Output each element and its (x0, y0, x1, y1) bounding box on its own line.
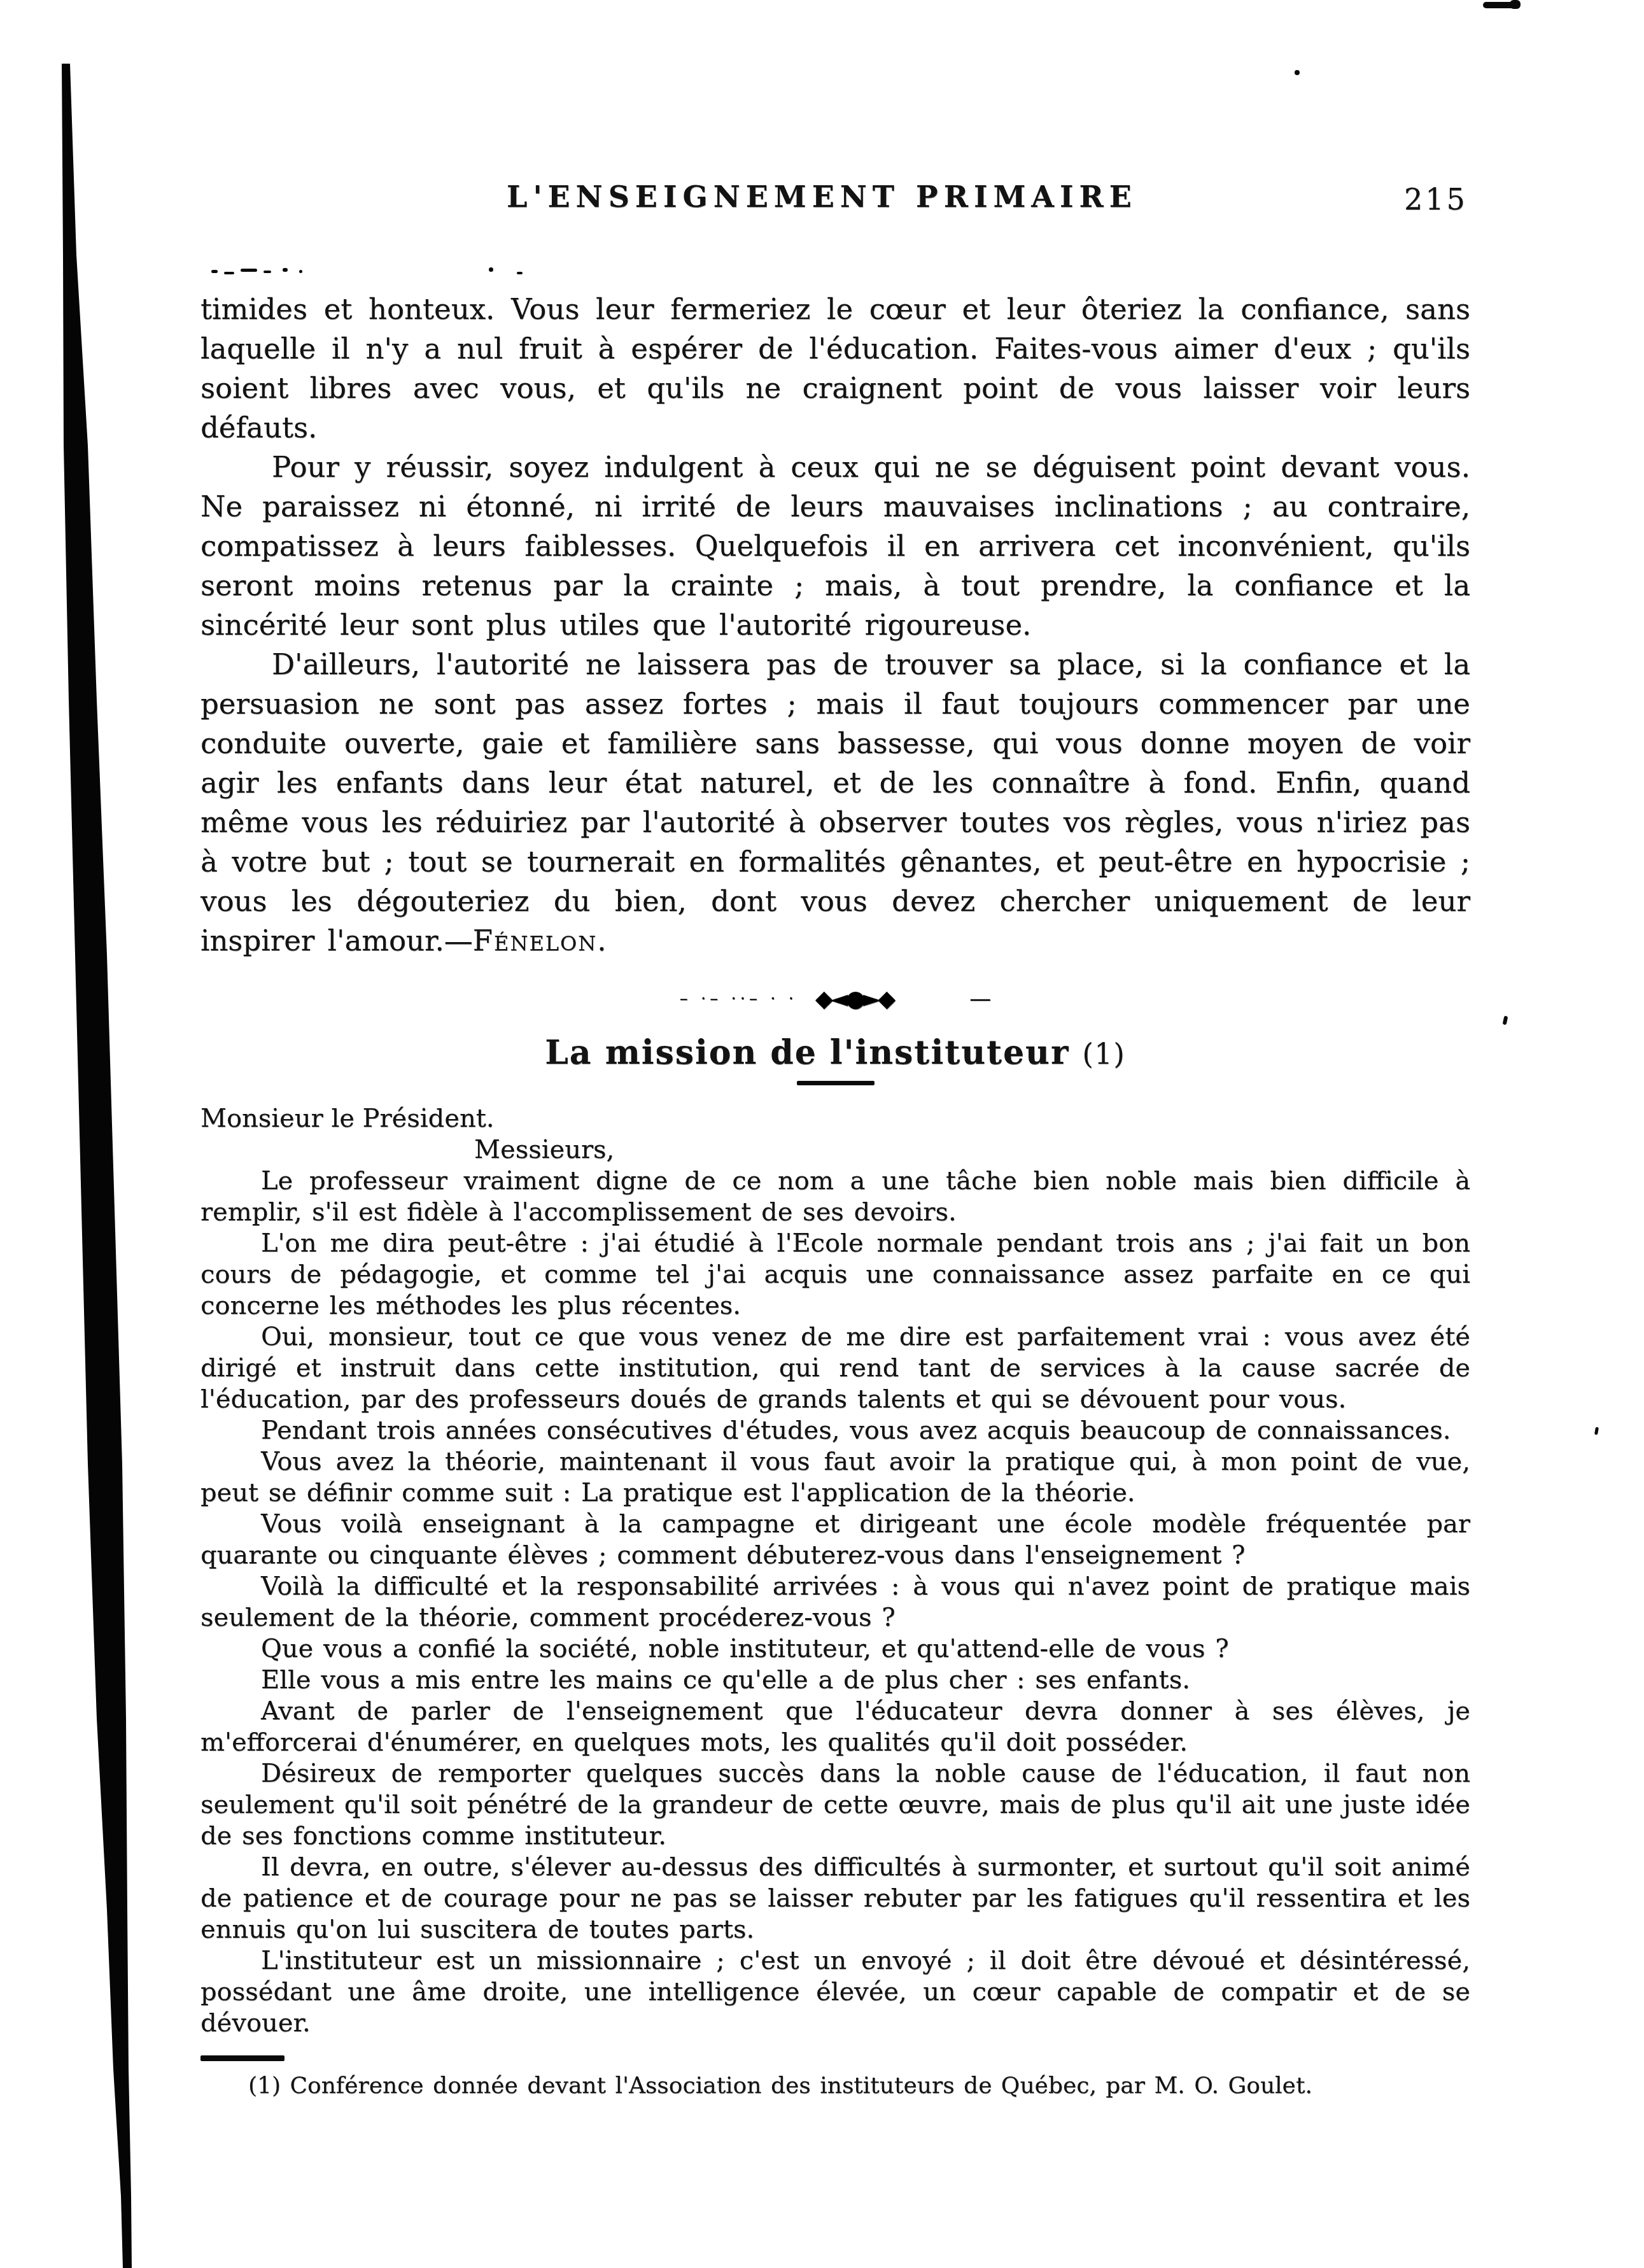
excerpt-paragraph: D'ailleurs, l'autorité ne laissera pas d… (200, 645, 1470, 961)
excerpt-paragraph: Pour y réussir, soyez indulgent à ceux q… (200, 447, 1470, 645)
scan-speck (517, 272, 523, 274)
article-paragraph: Avant de parler de l'enseignement que l'… (200, 1696, 1470, 1758)
salutation-president: Monsieur le Président. (200, 1103, 1470, 1134)
scan-speck (283, 268, 288, 272)
article-paragraph: Vous avez la théorie, maintenant il vous… (200, 1446, 1470, 1509)
scan-speck (1594, 1427, 1599, 1435)
scan-speck (211, 270, 218, 273)
salutation-messieurs: Messieurs, (474, 1134, 1470, 1166)
excerpt-paragraph: timides et honteux. Vous leur fermeriez … (200, 290, 1470, 447)
article-paragraph: Elle vous a mis entre les mains ce qu'el… (200, 1665, 1470, 1696)
divider-center-motif: ◆◄●►◆ (815, 986, 893, 1012)
scan-speck (299, 270, 302, 273)
excerpt-paragraph-text: D'ailleurs, l'autorité ne laissera pas d… (200, 647, 1470, 957)
binding-shadow-streak (51, 60, 140, 2268)
article: La mission de l'instituteur (1) Monsieur… (200, 1033, 1470, 2100)
footnote-rule (200, 2055, 285, 2061)
page-number: 215 (1404, 182, 1468, 216)
running-header-title: L'ENSEIGNEMENT PRIMAIRE (0, 180, 1644, 214)
article-paragraph: Que vous a confié la société, noble inst… (200, 1633, 1470, 1665)
footnote: (1) Conférence donnée devant l'Associati… (200, 2071, 1470, 2100)
article-paragraph: L'instituteur est un missionnaire ; c'es… (200, 1945, 1470, 2039)
scan-speck (224, 272, 234, 274)
article-paragraph: Voilà la difficulté et la responsabilité… (200, 1571, 1470, 1633)
fenelon-excerpt: timides et honteux. Vous leur fermeriez … (200, 290, 1470, 961)
title-rule (797, 1081, 875, 1085)
article-paragraph: Vous voilà enseignant à la campagne et d… (200, 1509, 1470, 1571)
divider-dashes-left: – ·– ··– · · (680, 989, 797, 1008)
scan-speck (263, 271, 271, 273)
text-column: timides et honteux. Vous leur fermeriez … (200, 290, 1470, 2100)
scan-speck (1503, 1016, 1508, 1025)
section-divider-ornament: – ·– ··– · · ◆◄●►◆ — (200, 986, 1470, 1011)
divider-dash-right: — (969, 986, 991, 1011)
article-paragraph: L'on me dira peut-être : j'ai étudié à l… (200, 1228, 1470, 1321)
article-paragraph: Pendant trois années consécutives d'étud… (200, 1415, 1470, 1446)
scan-speck (1295, 70, 1300, 75)
scanned-book-page: L'ENSEIGNEMENT PRIMAIRE 215 timides et h… (0, 0, 1644, 2268)
scan-smudge (1510, 0, 1521, 9)
article-paragraph: Désireux de remporter quelques succès da… (200, 1758, 1470, 1852)
article-title-text: La mission de l'instituteur (545, 1033, 1069, 1072)
article-paragraph: Oui, monsieur, tout ce que vous venez de… (200, 1321, 1470, 1415)
author-attribution: Fénelon. (473, 924, 608, 957)
article-paragraph: Il devra, en outre, s'élever au-dessus d… (200, 1852, 1470, 1945)
article-title: La mission de l'instituteur (1) (200, 1033, 1470, 1072)
scan-speck (489, 267, 493, 272)
footnote-reference-mark: (1) (1082, 1038, 1125, 1071)
scan-speck (241, 269, 257, 272)
article-paragraph: Le professeur vraiment digne de ce nom a… (200, 1166, 1470, 1228)
